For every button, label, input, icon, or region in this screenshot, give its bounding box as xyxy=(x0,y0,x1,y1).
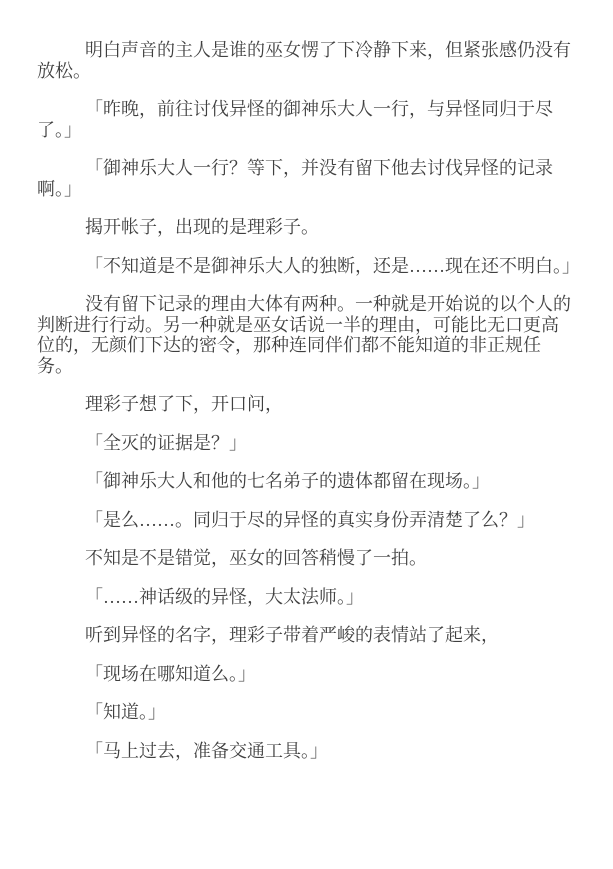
paragraph: 「马上过去，准备交通工具。」 xyxy=(37,741,572,762)
paragraph: 「知道。」 xyxy=(37,702,572,723)
text-body: 明白声音的主人是谁的巫女愣了下冷静下来，但紧张感仍没有放松。「昨晚，前往讨伐异怪… xyxy=(37,40,572,761)
paragraph: 没有留下记录的理由大体有两种。一种就是开始说的以个人的判断进行行动。另一种就是巫… xyxy=(37,294,572,376)
paragraph: 「昨晚，前往讨伐异怪的御神乐大人一行，与异怪同归于尽了。」 xyxy=(37,99,572,140)
paragraph: 理彩子想了下，开口问， xyxy=(37,394,572,415)
paragraph: 「现场在哪知道么。」 xyxy=(37,664,572,685)
paragraph: 「是么……。同归于尽的异怪的真实身份弄清楚了么？」 xyxy=(37,510,572,531)
paragraph: 「……神话级的异怪，大太法师。」 xyxy=(37,587,572,608)
paragraph: 明白声音的主人是谁的巫女愣了下冷静下来，但紧张感仍没有放松。 xyxy=(37,40,572,81)
paragraph: 「全灭的证据是？」 xyxy=(37,433,572,454)
paragraph: 「不知道是不是御神乐大人的独断，还是……现在还不明白。」 xyxy=(37,256,572,277)
paragraph: 「御神乐大人和他的七名弟子的遗体都留在现场。」 xyxy=(37,471,572,492)
novel-text-page: 明白声音的主人是谁的巫女愣了下冷静下来，但紧张感仍没有放松。「昨晚，前往讨伐异怪… xyxy=(0,0,613,869)
paragraph: 不知是不是错觉，巫女的回答稍慢了一拍。 xyxy=(37,548,572,569)
paragraph: 「御神乐大人一行？等下，并没有留下他去讨伐异怪的记录啊。」 xyxy=(37,158,572,199)
paragraph: 听到异怪的名字，理彩子带着严峻的表情站了起来， xyxy=(37,625,572,646)
paragraph: 揭开帐子，出现的是理彩子。 xyxy=(37,217,572,238)
